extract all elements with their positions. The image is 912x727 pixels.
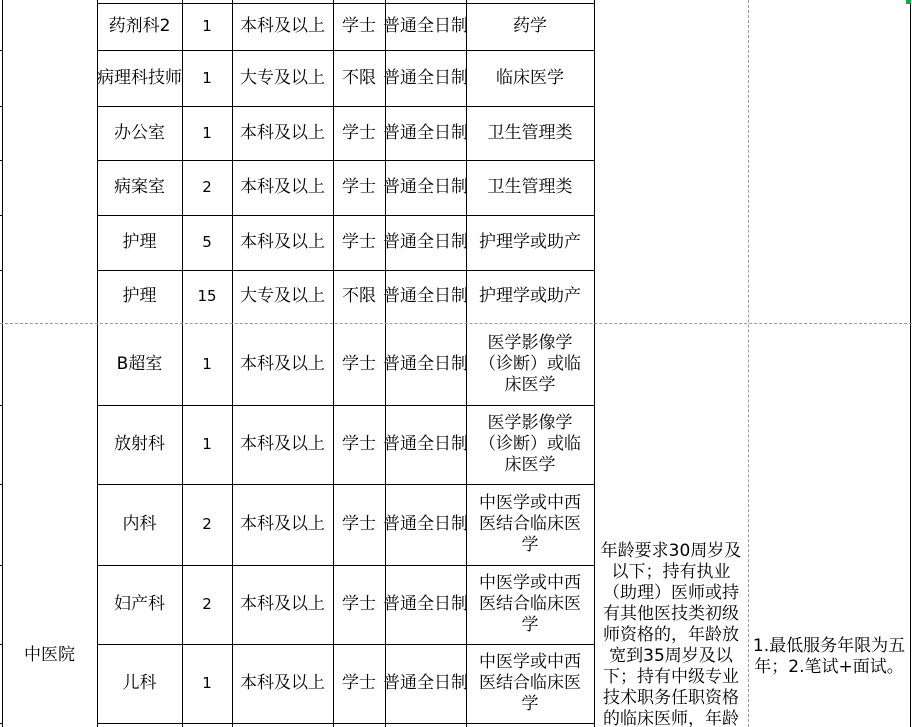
grid-vline — [97, 0, 98, 727]
cell-headcount[interactable]: 1 — [182, 106, 232, 160]
grid-hline — [97, 215, 594, 216]
cell-headcount[interactable]: 1 — [182, 324, 232, 405]
grid-hline — [97, 723, 594, 724]
grid-vline — [466, 0, 467, 727]
table-row: 病理科技师 1 大专及以上 不限 普通全日制 临床医学 — [0, 50, 912, 106]
cell-degree[interactable]: 学士 — [333, 106, 385, 160]
cell-degree[interactable]: 学士 — [333, 484, 385, 565]
cell-major[interactable]: 临床医学 — [466, 50, 594, 106]
cell-education[interactable]: 本科及以上 — [232, 484, 333, 565]
table-row: 办公室 1 本科及以上 学士 普通全日制 卫生管理类 — [0, 106, 912, 160]
cell-major[interactable]: 中医学或中西医结合临床医学 — [466, 484, 594, 565]
cell-department[interactable]: 护理 — [97, 215, 182, 270]
recruitment-table-sheet: 药剂科2 1 本科及以上 学士 普通全日制 药学 病理科技师 1 大专及以上 不… — [0, 0, 912, 727]
grid-vline — [594, 0, 595, 727]
requirements-line: 的临床医师，年龄 — [594, 709, 748, 727]
cell-education[interactable]: 本科及以上 — [232, 160, 333, 215]
grid-vline — [333, 0, 334, 727]
grid-vline — [232, 0, 233, 727]
cell-degree[interactable]: 学士 — [333, 3, 385, 50]
cell-schooling[interactable]: 普通全日制 — [385, 565, 466, 644]
table-row: 药剂科2 1 本科及以上 学士 普通全日制 药学 — [0, 3, 912, 50]
cell-education[interactable]: 本科及以上 — [232, 3, 333, 50]
requirements-line: 以下；持有执业 — [594, 562, 748, 583]
cell-headcount[interactable]: 1 — [182, 50, 232, 106]
cell-education[interactable]: 本科及以上 — [232, 405, 333, 484]
cell-schooling[interactable]: 普通全日制 — [385, 270, 466, 323]
cell-department[interactable]: 病理科技师 — [97, 50, 182, 106]
cell-department[interactable]: 妇产科 — [97, 565, 182, 644]
table-row: 病案室 2 本科及以上 学士 普通全日制 卫生管理类 — [0, 160, 912, 215]
grid-vline — [182, 0, 183, 727]
cell-headcount[interactable]: 1 — [182, 3, 232, 50]
cell-schooling[interactable]: 普通全日制 — [385, 405, 466, 484]
cell-degree[interactable]: 学士 — [333, 565, 385, 644]
cell-degree[interactable]: 学士 — [333, 324, 385, 405]
cell-degree[interactable]: 学士 — [333, 644, 385, 723]
cell-schooling[interactable]: 普通全日制 — [385, 215, 466, 270]
cell-schooling[interactable]: 普通全日制 — [385, 644, 466, 723]
requirements-line: 下；持有中级专业 — [594, 667, 748, 688]
cell-education[interactable]: 本科及以上 — [232, 565, 333, 644]
cell-major[interactable]: 护理学或助产 — [466, 270, 594, 323]
table-row: 护理 15 大专及以上 不限 普通全日制 护理学或助产 — [0, 270, 912, 323]
grid-vline — [385, 0, 386, 727]
cell-education[interactable]: 本科及以上 — [232, 324, 333, 405]
grid-vline — [910, 0, 911, 727]
grid-hline — [97, 484, 594, 485]
grid-hline — [97, 565, 594, 566]
cell-notes[interactable]: 1.最低服务年限为五 年；2.笔试+面试。 — [748, 636, 910, 678]
cell-headcount[interactable]: 2 — [182, 484, 232, 565]
grid-hline — [97, 3, 594, 4]
cell-degree[interactable]: 学士 — [333, 160, 385, 215]
table-row: 内科 2 本科及以上 学士 普通全日制 中医学或中西医结合临床医学 — [0, 484, 912, 565]
cell-degree[interactable]: 学士 — [333, 215, 385, 270]
cell-major[interactable]: 护理学或助产 — [466, 215, 594, 270]
grid-hline-tick — [0, 270, 2, 271]
cell-education[interactable]: 大专及以上 — [232, 50, 333, 106]
requirements-line: 有其他医技类初级 — [594, 604, 748, 625]
grid-hline — [97, 405, 594, 406]
table-row: 放射科 1 本科及以上 学士 普通全日制 医学影像学（诊断）或临床医学 — [0, 405, 912, 484]
cell-headcount[interactable]: 5 — [182, 215, 232, 270]
grid-hline — [97, 644, 594, 645]
table-row: B超室 1 本科及以上 学士 普通全日制 医学影像学（诊断）或临床医学 — [0, 324, 912, 405]
cell-major[interactable]: 卫生管理类 — [466, 160, 594, 215]
page-break-vline — [748, 0, 749, 727]
requirements-line: （助理）医师或持 — [594, 583, 748, 604]
grid-hline-tick — [0, 215, 2, 216]
cell-schooling[interactable]: 普通全日制 — [385, 484, 466, 565]
cell-major[interactable]: 卫生管理类 — [466, 106, 594, 160]
cell-schooling[interactable]: 普通全日制 — [385, 324, 466, 405]
grid-hline — [97, 270, 594, 271]
selection-marker — [906, 0, 911, 4]
grid-hline — [97, 106, 594, 107]
grid-hline — [97, 50, 594, 51]
cell-education[interactable]: 大专及以上 — [232, 270, 333, 323]
cell-schooling[interactable]: 普通全日制 — [385, 50, 466, 106]
requirements-line: 师资格的，年龄放 — [594, 625, 748, 646]
cell-education[interactable]: 本科及以上 — [232, 644, 333, 723]
cell-headcount[interactable]: 2 — [182, 160, 232, 215]
cell-department[interactable]: 药剂科2 — [97, 3, 182, 50]
notes-line: 1.最低服务年限为五 — [748, 636, 910, 657]
cell-headcount[interactable]: 1 — [182, 644, 232, 723]
cell-department[interactable]: B超室 — [97, 324, 182, 405]
cell-headcount[interactable]: 1 — [182, 405, 232, 484]
cell-major[interactable]: 药学 — [466, 3, 594, 50]
cell-department[interactable]: 病案室 — [97, 160, 182, 215]
cell-department[interactable]: 放射科 — [97, 405, 182, 484]
cell-degree[interactable]: 不限 — [333, 270, 385, 323]
table-row: 妇产科 2 本科及以上 学士 普通全日制 中医学或中西医结合临床医学 — [0, 565, 912, 644]
cell-degree[interactable]: 不限 — [333, 50, 385, 106]
requirements-line: 年龄要求30周岁及 — [594, 541, 748, 562]
cell-major[interactable]: 中医学或中西医结合临床医学 — [466, 565, 594, 644]
cell-age-requirements[interactable]: 年龄要求30周岁及 以下；持有执业 （助理）医师或持 有其他医技类初级 师资格的… — [594, 541, 748, 727]
cell-organization[interactable]: 中医院 — [2, 645, 97, 666]
cell-major[interactable]: 医学影像学（诊断）或临床医学 — [466, 405, 594, 484]
notes-line: 年；2.笔试+面试。 — [748, 657, 910, 678]
cell-department[interactable]: 内科 — [97, 484, 182, 565]
grid-hline-tick — [0, 405, 2, 406]
cell-headcount[interactable]: 2 — [182, 565, 232, 644]
cell-department[interactable]: 护理 — [97, 270, 182, 323]
table-row: 护理 5 本科及以上 学士 普通全日制 护理学或助产 — [0, 215, 912, 270]
page-break-hline — [0, 323, 912, 324]
grid-hline-tick — [0, 50, 2, 51]
cell-headcount[interactable]: 15 — [182, 270, 232, 323]
cell-degree[interactable]: 学士 — [333, 405, 385, 484]
grid-hline-tick — [0, 106, 2, 107]
grid-hline-tick — [0, 565, 2, 566]
cell-schooling[interactable]: 普通全日制 — [385, 106, 466, 160]
grid-hline — [97, 160, 594, 161]
cell-department[interactable]: 儿科 — [97, 644, 182, 723]
grid-hline-tick — [0, 644, 2, 645]
cell-department[interactable]: 办公室 — [97, 106, 182, 160]
cell-major[interactable]: 医学影像学（诊断）或临床医学 — [466, 324, 594, 405]
cell-education[interactable]: 本科及以上 — [232, 215, 333, 270]
cell-education[interactable]: 本科及以上 — [232, 106, 333, 160]
grid-vline — [2, 0, 3, 727]
cell-schooling[interactable]: 普通全日制 — [385, 160, 466, 215]
cell-major[interactable]: 中医学或中西医结合临床医学 — [466, 644, 594, 723]
grid-hline-tick — [0, 484, 2, 485]
requirements-line: 宽到35周岁及以 — [594, 646, 748, 667]
grid-hline-tick — [0, 723, 2, 724]
cell-schooling[interactable]: 普通全日制 — [385, 3, 466, 50]
requirements-line: 技术职务任职资格 — [594, 688, 748, 709]
grid-hline-tick — [0, 160, 2, 161]
